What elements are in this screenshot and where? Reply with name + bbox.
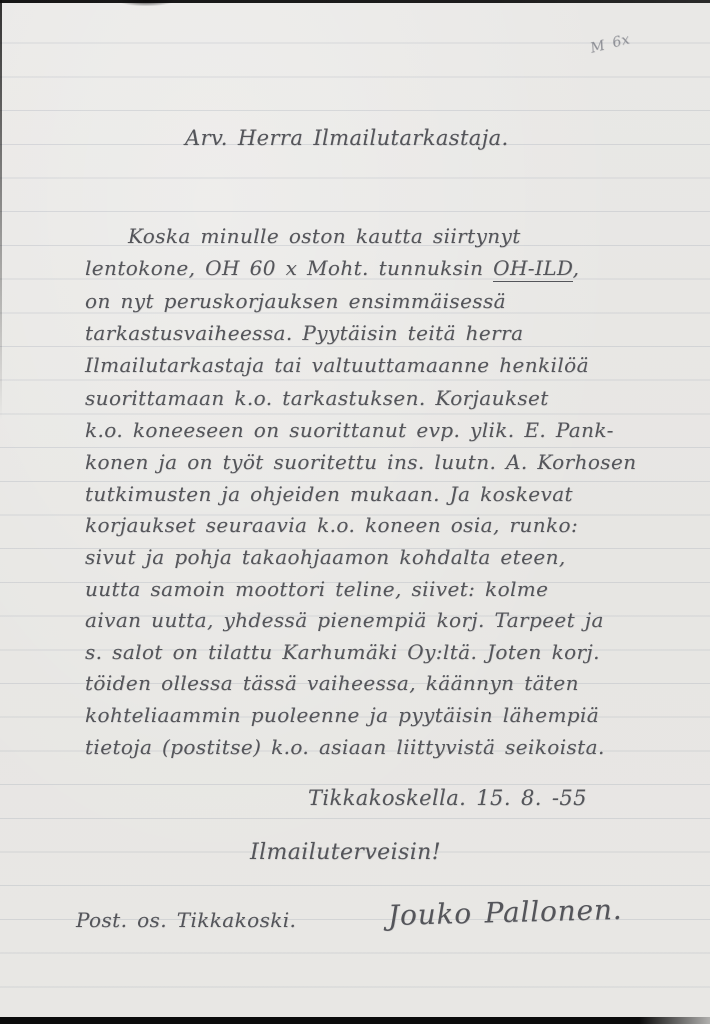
scan-edge-bottom [0,1017,710,1024]
pencil-annotation: M 6x [589,31,632,56]
body-line-5: Ilmailutarkastaja tai valtuuttamaanne he… [85,353,589,377]
body-line-9: tutkimusten ja ohjeiden mukaan. Ja koske… [85,482,573,506]
body-line-11: sivut ja pohja takaohjaamon kohdalta ete… [85,545,566,569]
signature: Jouko Pallonen. [388,893,623,932]
body-line-2: lentokone, OH 60 x Moht. tunnuksin OH-IL… [85,256,579,280]
body-line-15: töiden ollessa tässä vaiheessa, käännyn … [85,671,579,695]
body-line-13: aivan uutta, yhdessä pienempiä korj. Tar… [85,608,604,632]
scanned-letter-page: M 6x Arv. Herra Ilmailutarkastaja. Koska… [0,0,710,1024]
body-line-12: uutta samoin moottori teline, siivet: ko… [85,577,548,601]
postal-address: Post. os. Tikkakoski. [76,908,296,932]
body-line-2-pre: lentokone, OH 60 x Moht. tunnuksin [85,256,493,280]
scan-edge-top [0,0,710,3]
salutation: Arv. Herra Ilmailutarkastaja. [185,126,509,150]
body-line-10: korjaukset seuraavia k.o. koneen osia, r… [85,513,578,537]
body-line-17: tietoja (postitse) k.o. asiaan liittyvis… [85,735,605,759]
closing-salute: Ilmailuterveisin! [250,840,441,865]
body-line-1: Koska minulle oston kautta siirtynyt [128,224,521,248]
body-line-6: suorittamaan k.o. tarkastuksen. Korjauks… [85,386,549,410]
body-line-3: on nyt peruskorjauksen ensimmäisessä [85,289,506,313]
body-line-8: konen ja on työt suoritettu ins. luutn. … [85,450,637,474]
aircraft-registration-underlined: OH-ILD [493,256,573,282]
body-line-4: tarkastusvaiheessa. Pyytäisin teitä herr… [85,321,523,345]
scan-edge-left [0,0,2,420]
scan-edge-smudge [118,0,174,6]
dateline: Tikkakoskella. 15. 8. -55 [308,786,587,810]
body-line-14: s. salot on tilattu Karhumäki Oy:ltä. Jo… [85,640,600,664]
body-line-2-post: , [573,256,580,280]
body-line-7: k.o. koneeseen on suorittanut evp. ylik.… [85,418,614,442]
body-line-16: kohteliaammin puoleenne ja pyytäisin läh… [85,703,599,727]
